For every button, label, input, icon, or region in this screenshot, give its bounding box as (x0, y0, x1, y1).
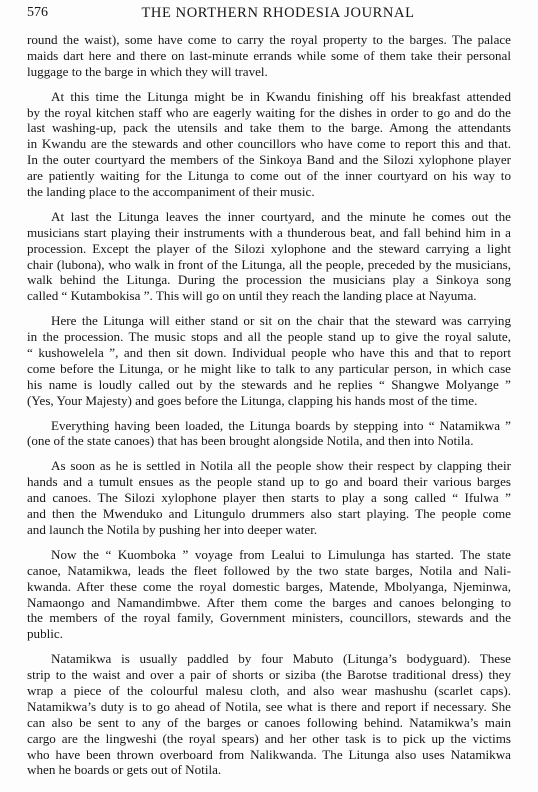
text-line: Natamikwa’s duty is to go ahead of Notil… (27, 699, 511, 715)
text-line: canoe, Natamikwa, leads the fleet follow… (27, 563, 511, 579)
text-line: luggage to the barge in which they will … (27, 64, 511, 80)
text-line: strip to the waist and over a pair of sh… (27, 667, 511, 683)
text-line: public. (27, 626, 511, 642)
text-line: Now the “ Kuomboka ” voyage from Lealui … (27, 547, 511, 563)
text-line: cargo are the lingweshi (the royal spear… (27, 731, 511, 747)
paragraph: At last the Litunga leaves the inner cou… (27, 209, 511, 304)
text-line: Everything having been loaded, the Litun… (27, 418, 511, 434)
text-line: At this time the Litunga might be in Kwa… (27, 89, 511, 105)
text-line: walk behind the Litunga. During the proc… (27, 272, 511, 288)
text-line: kwanda. After these come the royal domes… (27, 579, 511, 595)
text-line: who have been thrown overboard from Nali… (27, 747, 511, 763)
article-body: round the waist), some have come to carr… (27, 32, 511, 787)
text-line: Here the Litunga will either stand or si… (27, 313, 511, 329)
paragraph: Now the “ Kuomboka ” voyage from Lealui … (27, 547, 511, 642)
text-line: in Kwandu are the stewards and other cou… (27, 136, 511, 152)
paragraph: At this time the Litunga might be in Kwa… (27, 89, 511, 200)
text-line: the members of the royal family, Governm… (27, 610, 511, 626)
text-line: maids dart here and there on last-minute… (27, 48, 511, 64)
text-line: in the procession. The music stops and a… (27, 329, 511, 345)
text-line: come before the Litunga, or he might lik… (27, 361, 511, 377)
text-line: round the waist), some have come to carr… (27, 32, 511, 48)
text-line: can also be sent to any of the barges or… (27, 715, 511, 731)
text-line: last washing-up, pack the utensils and t… (27, 120, 511, 136)
text-line: At last the Litunga leaves the inner cou… (27, 209, 511, 225)
paragraph: round the waist), some have come to carr… (27, 32, 511, 80)
paragraph: Natamikwa is usually paddled by four Mab… (27, 651, 511, 778)
text-line: by the royal kitchen staff who are eager… (27, 105, 511, 121)
text-line: his name is loudly called out by the ste… (27, 377, 511, 393)
paragraph: Here the Litunga will either stand or si… (27, 313, 511, 408)
journal-page: 576 THE NORTHERN RHODESIA JOURNAL round … (0, 0, 538, 792)
text-line: and then the Mwenduko and Litungulo drum… (27, 506, 511, 522)
text-line: and canoes. The Silozi xylophone player … (27, 490, 511, 506)
text-line: the landing place to the accompaniment o… (27, 184, 511, 200)
text-line: Natamikwa is usually paddled by four Mab… (27, 651, 511, 667)
text-line: are patiently waiting for the Litunga to… (27, 168, 511, 184)
text-line: called “ Kutambokisa ”. This will go on … (27, 288, 511, 304)
text-line: procession. Except the player of the Sil… (27, 241, 511, 257)
running-title: THE NORTHERN RHODESIA JOURNAL (0, 5, 538, 22)
paragraph: As soon as he is settled in Notila all t… (27, 458, 511, 537)
text-line: wrap a piece of the colourful malesu clo… (27, 683, 511, 699)
text-line: “ kushowelela ”, and then sit down. Indi… (27, 345, 511, 361)
text-line: hands and a tumult ensues as the people … (27, 474, 511, 490)
text-line: Namaongo and Namandimbwe. After them com… (27, 595, 511, 611)
text-line: In the outer courtyard the members of th… (27, 152, 511, 168)
text-line: musicians start playing their instrument… (27, 225, 511, 241)
paragraph: Everything having been loaded, the Litun… (27, 418, 511, 450)
text-line: (one of the state canoes) that has been … (27, 433, 511, 449)
text-line: and launch the Notila by pushing her int… (27, 522, 511, 538)
text-line: when he boards or gets out of Notila. (27, 762, 511, 778)
text-line: (Yes, Your Majesty) and goes before the … (27, 393, 511, 409)
text-line: As soon as he is settled in Notila all t… (27, 458, 511, 474)
text-line: chair (lubona), who walk in front of the… (27, 257, 511, 273)
